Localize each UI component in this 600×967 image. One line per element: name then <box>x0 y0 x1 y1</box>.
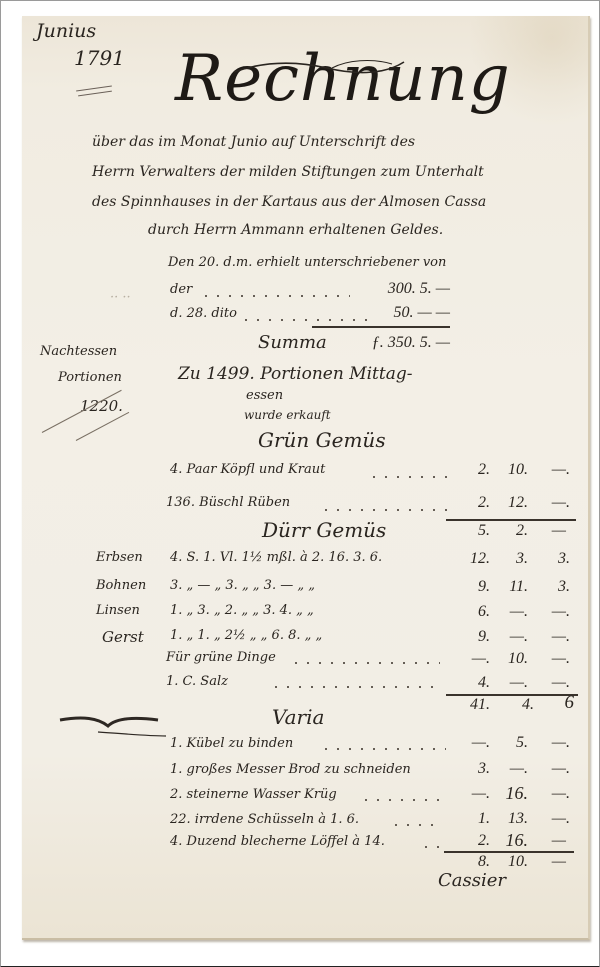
duerr-row-6-d: —. <box>536 674 570 692</box>
duerr-row-4-side: Gerst <box>102 628 144 646</box>
gruen-row-2-label: 136. Büschl Rüben <box>166 495 290 510</box>
duerr-row-5-label: Für grüne Dinge <box>166 650 276 665</box>
receipt-row-2-leader <box>240 319 370 321</box>
varia-subtotal-f: 8. <box>460 853 490 871</box>
varia-row-4-f: 1. <box>460 810 490 828</box>
receipt-row-1-leader <box>200 295 350 297</box>
varia-row-1-f: —. <box>460 734 490 752</box>
duerr-row-2-side: Bohnen <box>96 578 146 593</box>
margin-note-line-1: Nachtessen <box>40 344 117 359</box>
varia-row-2-label: 1. großes Messer Brod zu schneiden <box>170 762 411 777</box>
receipt-row-1-amount: 300. 5. — <box>360 280 450 298</box>
gruen-row-2-leader <box>320 509 448 511</box>
duerr-row-2-f: 9. <box>460 578 490 596</box>
section-heading-duerr-gemues: Dürr Gemüs <box>262 518 386 542</box>
receipts-total-label: Summa <box>258 332 327 353</box>
varia-row-5-f: 2. <box>460 832 490 850</box>
section-heading-varia: Varia <box>272 705 324 729</box>
duerr-row-6-label: 1. C. Salz <box>166 674 228 689</box>
duerr-row-4-f: 9. <box>460 628 490 646</box>
varia-row-1-d: —. <box>536 734 570 752</box>
varia-subtotal-x: 10. <box>500 853 528 871</box>
duerr-row-1-label: 4. S. 1. Vl. 1½ mßl. à 2. 16. 3. 6. <box>170 550 382 565</box>
varia-row-3-f: —. <box>460 785 490 803</box>
varia-row-3-leader <box>360 799 446 801</box>
varia-row-4-x: 13. <box>500 810 528 828</box>
varia-row-3-label: 2. steinerne Wasser Krüg <box>170 787 337 802</box>
varia-row-4-d: —. <box>536 810 570 828</box>
varia-row-1-leader <box>320 748 446 750</box>
gruen-row-1-leader <box>368 476 448 478</box>
preamble-line-2: Herrn Verwalters der milden Stiftungen z… <box>92 164 484 180</box>
duerr-row-2-d: 3. <box>536 578 570 596</box>
varia-row-4-leader <box>390 824 440 826</box>
duerr-row-1-f: 12. <box>460 550 490 568</box>
duerr-row-6-x: —. <box>500 674 528 692</box>
duerr-row-6-leader <box>270 686 440 688</box>
duerr-row-3-label: 1. „ 3. „ 2. „ „ 3. 4. „ „ <box>170 603 314 618</box>
gruen-subtotal-d: — <box>536 522 566 540</box>
duerr-row-1-d: 3. <box>536 550 570 568</box>
month-label: Junius <box>36 20 96 42</box>
duerr-row-3-d: —. <box>536 603 570 621</box>
duerr-row-3-f: 6. <box>460 603 490 621</box>
varia-row-3-d: —. <box>536 785 570 803</box>
gruen-row-1-x: 10. <box>500 461 528 479</box>
gruen-subtotal-rule <box>446 519 576 521</box>
gruen-row-1-label: 4. Paar Köpfl und Kraut <box>170 462 325 477</box>
duerr-row-5-d: —. <box>536 650 570 668</box>
bleed-through-mark: ·· ·· <box>110 290 131 305</box>
signature: Cassier <box>438 870 506 891</box>
varia-row-5-label: 4. Duzend blecherne Löffel à 14. <box>170 834 385 849</box>
varia-row-5-x: 16. <box>500 830 528 851</box>
varia-row-3-x: 16. <box>500 783 528 804</box>
gruen-row-1-f: 2. <box>460 461 490 479</box>
duerr-row-1-x: 3. <box>500 550 528 568</box>
duerr-subtotal-d: 6 <box>546 692 574 714</box>
duerr-row-4-d: —. <box>536 628 570 646</box>
gruen-row-2-d: —. <box>536 494 570 512</box>
varia-row-5-d: — <box>536 832 566 850</box>
portions-line-3: wurde erkauft <box>244 408 331 422</box>
receipt-row-2-label: d. 28. dito <box>170 306 237 321</box>
gruen-row-2-x: 12. <box>500 494 528 512</box>
varia-subtotal-d: — <box>536 853 566 871</box>
duerr-subtotal-f: 41. <box>460 696 490 714</box>
receipts-total-amount: ƒ. 350. 5. — <box>340 334 450 352</box>
gruen-subtotal-f: 5. <box>460 522 490 540</box>
duerr-row-5-x: 10. <box>500 650 528 668</box>
duerr-row-4-x: —. <box>500 628 528 646</box>
duerr-row-2-x: 11. <box>500 578 528 596</box>
duerr-row-5-leader <box>290 662 440 664</box>
portions-line-2: essen <box>246 388 283 403</box>
receipt-row-1-label: der <box>170 282 192 297</box>
preamble-line-1: über das im Monat Junio auf Unterschrift… <box>92 134 415 150</box>
varia-row-2-d: —. <box>536 760 570 778</box>
receipt-row-2-amount: 50. — — <box>370 304 450 322</box>
duerr-subtotal-x: 4. <box>500 696 534 714</box>
portions-line-1: Zu 1499. Portionen Mittag- <box>178 364 412 384</box>
duerr-row-3-side: Linsen <box>96 603 140 618</box>
duerr-row-5-f: —. <box>460 650 490 668</box>
year-label: 1791 <box>74 46 125 70</box>
varia-row-2-f: 3. <box>460 760 490 778</box>
duerr-row-4-label: 1. „ 1. „ 2½ „ „ 6. 8. „ „ <box>170 628 322 643</box>
duerr-row-6-f: 4. <box>460 674 490 692</box>
gruen-row-1-d: —. <box>536 461 570 479</box>
receipts-intro: Den 20. d.m. erhielt unterschriebener vo… <box>168 255 446 270</box>
varia-row-1-label: 1. Kübel zu binden <box>170 736 293 751</box>
varia-row-4-label: 22. irrdene Schüsseln à 1. 6. <box>170 812 359 827</box>
varia-row-1-x: 5. <box>500 734 528 752</box>
gruen-row-2-f: 2. <box>460 494 490 512</box>
duerr-row-1-side: Erbsen <box>96 550 143 565</box>
gruen-subtotal-x: 2. <box>500 522 528 540</box>
margin-brace-icon <box>58 712 168 738</box>
varia-row-5-leader <box>420 846 446 848</box>
preamble-line-3: des Spinnhauses in der Kartaus aus der A… <box>92 194 486 210</box>
margin-note-line-2: Portionen <box>58 370 122 385</box>
title-flourish-icon <box>232 58 407 80</box>
section-heading-gruen-gemues: Grün Gemüs <box>258 428 386 452</box>
duerr-row-3-x: —. <box>500 603 528 621</box>
preamble-line-4: durch Herrn Ammann erhaltenen Geldes. <box>148 222 443 238</box>
receipts-total-rule <box>312 326 450 328</box>
duerr-row-2-label: 3. „ — „ 3. „ „ 3. — „ „ <box>170 578 315 593</box>
varia-row-2-x: —. <box>500 760 528 778</box>
